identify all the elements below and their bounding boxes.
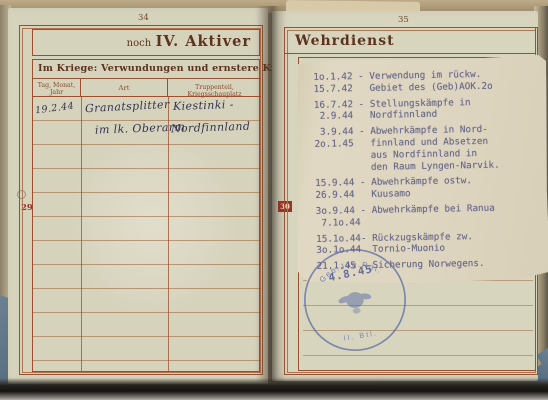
section-heading: Wehrdienst [295, 33, 395, 49]
table-title-row: Im Kriege: Verwundungen und ernstere Kra… [33, 60, 261, 79]
stamp-eagle-icon [337, 290, 375, 317]
stamp-unit-text: II. Btl. [343, 328, 379, 342]
handwritten-place-line2: Nordfinnland [171, 120, 251, 136]
heading-prefix: noch [127, 38, 152, 49]
section-heading: IV. Aktiver [156, 33, 251, 50]
unit-stamp: Geb.Jäg.Rgt. 4.8.45 II. Btl. [287, 232, 422, 367]
book-gutter-shadow [256, 6, 286, 382]
table-divider-1 [81, 97, 82, 372]
col-header-date: Tag, Monat, Jahr [33, 79, 81, 96]
table-empty-rows [33, 97, 261, 372]
col-header-unit: Truppenteil, Kriegsschauplatz [168, 79, 261, 96]
section-heading-box: noch IV. Aktiver [32, 29, 260, 56]
page-number: 35 [398, 15, 409, 25]
wehrpass-photo: 34 29 noch IV. Aktiver Im Kriege: Verwun… [0, 0, 548, 400]
section-heading-box: Wehrdienst [284, 27, 536, 54]
table-divider-2 [168, 97, 169, 372]
slip-entry: 1o.1.42 - Verwendung im rückw. 15.7.42 G… [313, 68, 540, 96]
slip-entry: 3.9.44 - Abwehrkämpfe in Nord- 2o.1.45 f… [314, 123, 542, 174]
handwritten-place-line1: Kiestinki - [173, 98, 234, 113]
wounds-table: Im Kriege: Verwundungen und ernstere Kra… [32, 59, 260, 372]
page-number: 34 [138, 13, 149, 23]
col-header-art: Art [81, 79, 168, 96]
right-page: 35 30 Wehrdienst Nachträge 1o.1.42 - Ver… [272, 11, 538, 381]
slip-entry: 16.7.42 - Stellungskämpfe in 2.9.44 Nord… [314, 96, 541, 124]
left-page: 34 29 noch IV. Aktiver Im Kriege: Verwun… [8, 8, 268, 384]
table-header-row: Tag, Monat, Jahr Art Truppenteil, Kriegs… [33, 79, 261, 97]
slip-entry: 3o.9.44 - Abwehrkämpfe bei Ranua 7.1o.44 [316, 202, 543, 230]
slip-entry: 15.9.44 - Abwehrkämpfe ostw. 26.9.44 Kuu… [315, 174, 542, 202]
book-bottom-edge-shadow [0, 378, 548, 400]
